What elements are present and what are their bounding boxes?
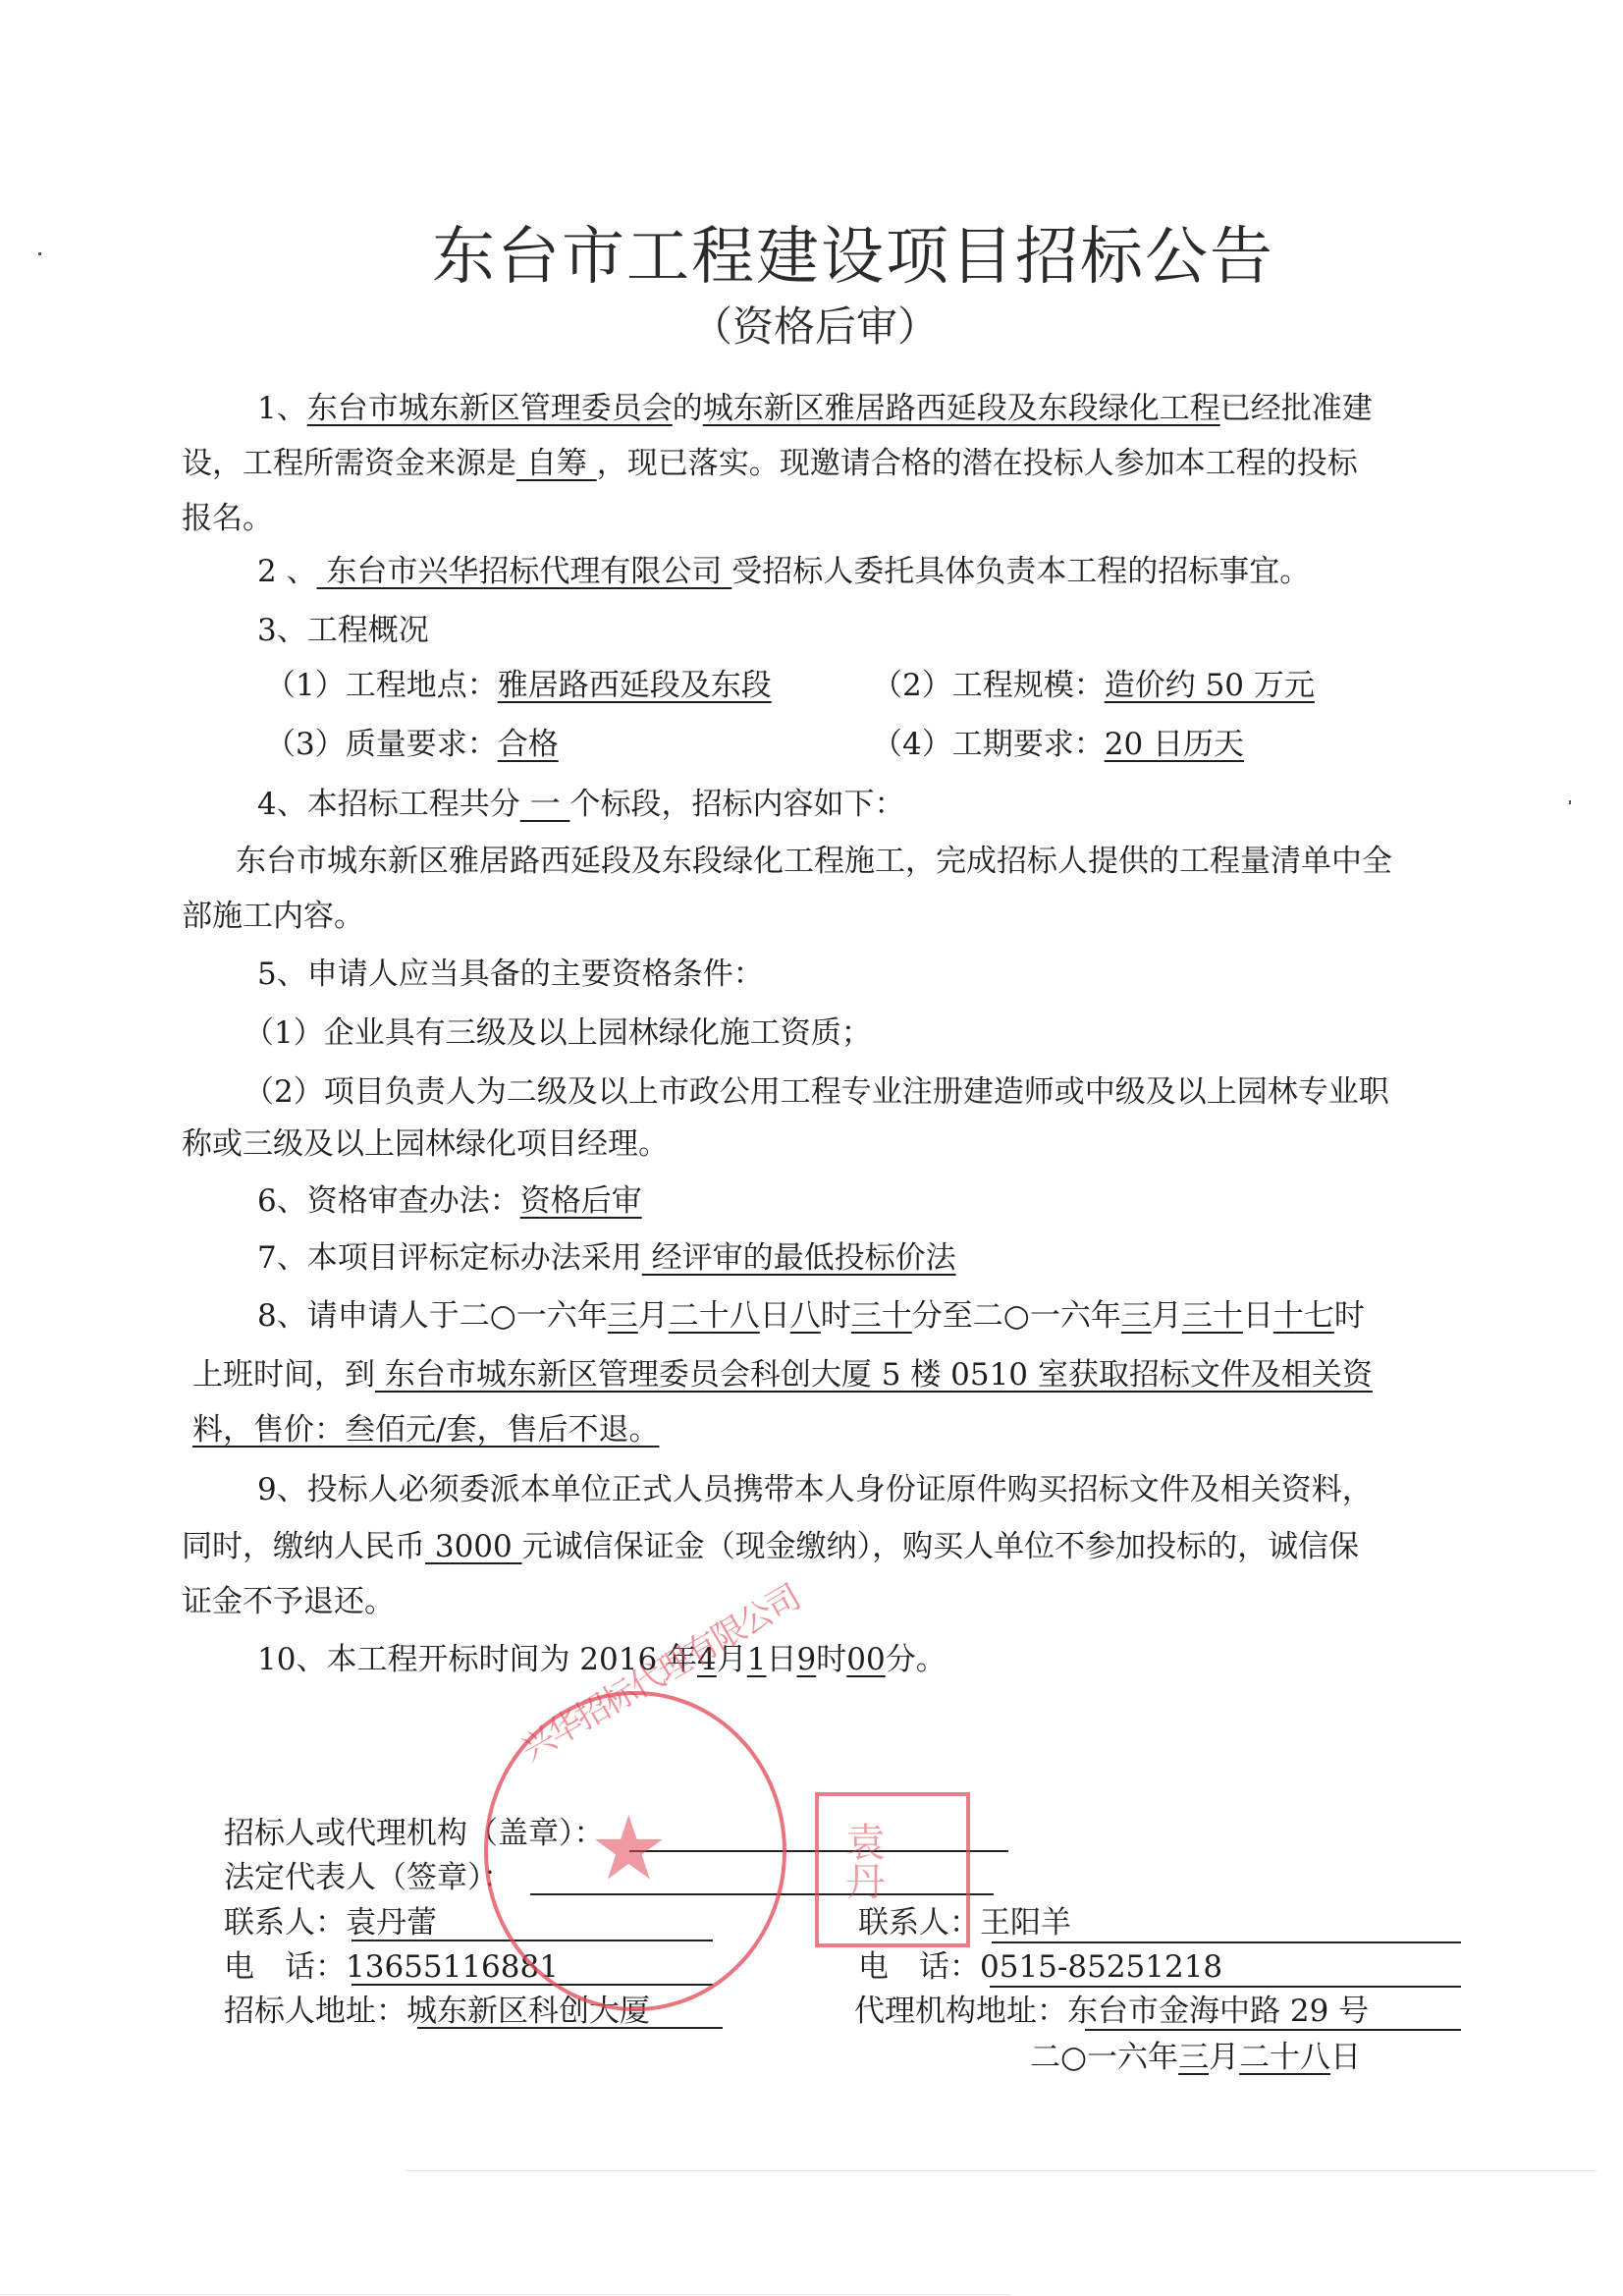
- scan-line: [406, 2170, 1596, 2171]
- item-8-line-3: 料，售价：叁佰元/套，售后不退。: [192, 1410, 659, 1449]
- scan-speck: [1569, 800, 1571, 804]
- document-pickup-location: 东台市城东新区管理委员会科创大厦 5 楼 0510 室获取招标文件及相关资: [375, 1357, 1373, 1393]
- agency-phone: 电 话：0515-85251218: [858, 1947, 1222, 1987]
- item-8-line-1: 8、请申请人于二○一六年三月二十八日八时三十分至二○一六年三月三十日十七时: [257, 1296, 1365, 1336]
- agency-address-line: [1085, 2029, 1461, 2031]
- scan-speck: [38, 252, 41, 255]
- item-1-line-3: 报名。: [182, 499, 273, 538]
- personal-seal-text: 袁丹: [835, 1822, 891, 1900]
- item-9-line-1: 9、投标人必须委派本单位正式人员携带本人身份证原件购买招标文件及相关资料，: [257, 1470, 1373, 1509]
- page-subtitle: （资格后审）: [691, 295, 939, 354]
- duration-requirement: （4）工期要求：20 日历天: [872, 725, 1244, 764]
- item-5-heading: 5、申请人应当具备的主要资格条件：: [257, 955, 764, 994]
- qualification-1: （1）企业具有三级及以上园林绿化施工资质；: [243, 1013, 872, 1053]
- item-9-line-2: 同时，缴纳人民币 3000 元诚信保证金（现金缴纳），购买人单位不参加投标的，诚…: [182, 1527, 1359, 1566]
- item-4-content-1: 东台市城东新区雅居路西延段及东段绿化工程施工，完成招标人提供的工程量清单中全: [236, 842, 1392, 881]
- item-9-line-3: 证金不予退还。: [182, 1582, 395, 1621]
- agency-phone-line: [990, 1986, 1461, 1988]
- agency-name: 东台市兴华招标代理有限公司: [317, 554, 732, 589]
- item-7: 7、本项目评标定标办法采用 经评审的最低投标价法: [257, 1238, 956, 1278]
- item-1-line-1: 1、东台市城东新区管理委员会的城东新区雅居路西延段及东段绿化工程已经批准建: [257, 389, 1373, 428]
- section-count: 一: [520, 787, 570, 822]
- project-location: （1）工程地点：雅居路西延段及东段: [265, 666, 772, 705]
- seal-star-icon: ★: [589, 1797, 669, 1900]
- item-4-content-2: 部施工内容。: [182, 897, 364, 936]
- notice-date: 二○一六年三月二十八日: [1030, 2038, 1361, 2077]
- item-1-line-2: 设，工程所需资金来源是 自筹 ，现已落实。现邀请合格的潜在投标人参加本工程的投标: [182, 444, 1358, 483]
- qualification-2-line-1: （2）项目负责人为二级及以上市政公用工程专业注册建造师或中级及以上园林专业职: [243, 1072, 1389, 1112]
- item-8-line-2: 上班时间，到 东台市城东新区管理委员会科创大厦 5 楼 0510 室获取招标文件…: [192, 1355, 1373, 1394]
- deposit-amount: 3000: [425, 1529, 522, 1564]
- item-4: 4、本招标工程共分 一 个标段，招标内容如下：: [257, 785, 904, 824]
- tenderer-contact: 联系人：袁丹蕾: [224, 1903, 437, 1942]
- funding-source: 自筹: [516, 446, 597, 481]
- page-title: 东台市工程建设项目招标公告: [432, 206, 1274, 297]
- project-name: 城东新区雅居路西延段及东段绿化工程: [703, 391, 1220, 426]
- item-3-heading: 3、工程概况: [257, 611, 429, 650]
- quality-requirement: （3）质量要求：合格: [265, 725, 559, 764]
- tenderer-address-line: [417, 2027, 723, 2029]
- scan-line: [0, 2294, 1011, 2295]
- legal-rep-label: 法定代表人（签章）：: [224, 1858, 514, 1897]
- tenderer-name: 东台市城东新区管理委员会: [307, 391, 673, 426]
- project-scale: （2）工程规模：造价约 50 万元: [872, 666, 1315, 705]
- item-10: 10、本工程开标时间为 2016 年4月1日9时00分。: [257, 1640, 947, 1679]
- item-2: 2 、 东台市兴华招标代理有限公司 受招标人委托具体负责本工程的招标事宜。: [257, 552, 1310, 591]
- agency-address: 代理机构地址：东台市金海中路 29 号: [854, 1992, 1369, 2031]
- item-6: 6、资格审查办法：资格后审: [257, 1181, 642, 1221]
- qualification-2-line-2: 称或三级及以上园林绿化项目经理。: [182, 1124, 669, 1164]
- tenderer-phone: 电 话：13655116881: [224, 1947, 559, 1987]
- agency-contact-line: [992, 1941, 1461, 1943]
